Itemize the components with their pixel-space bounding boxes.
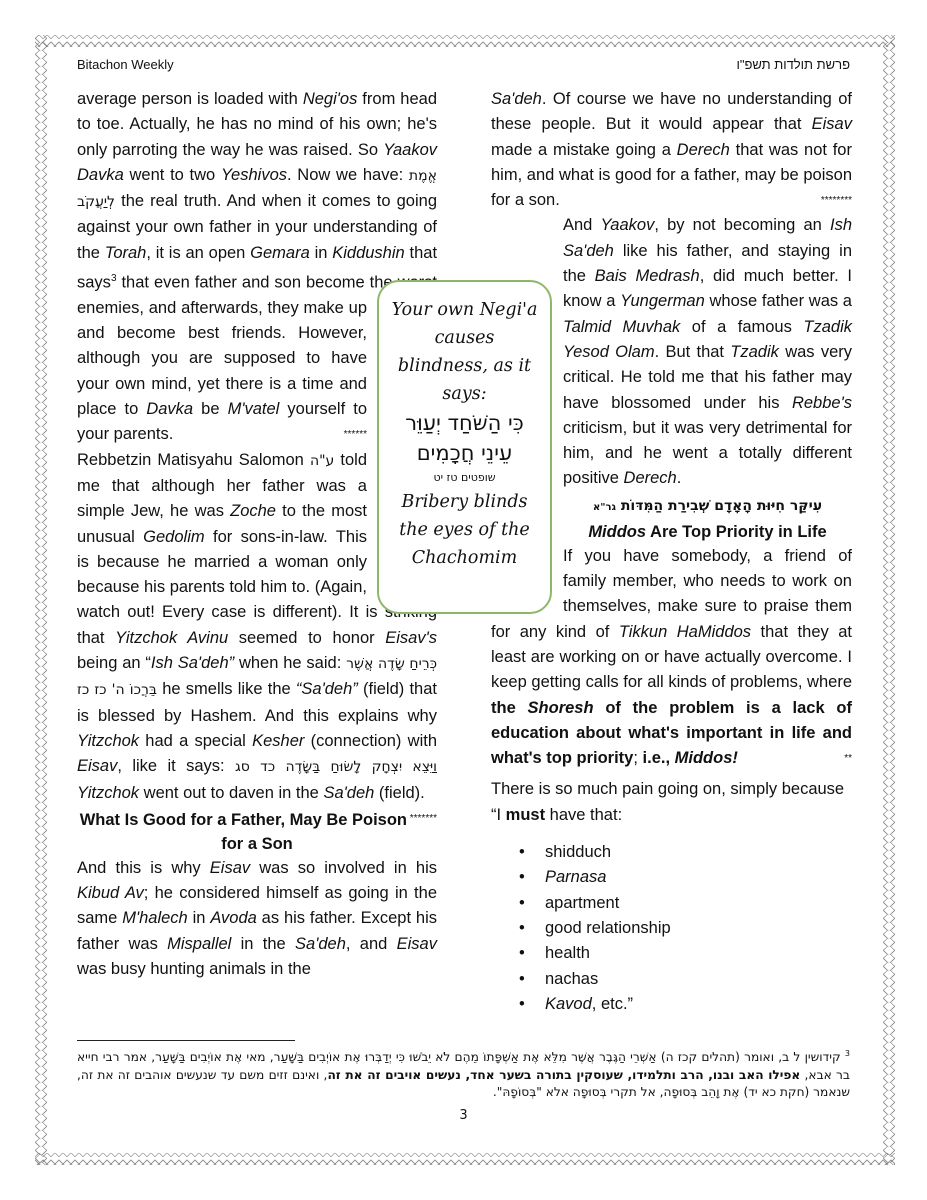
needs-list: shidduch Parnasa apartment good relation…	[491, 840, 852, 1017]
list-item: Parnasa	[491, 865, 852, 890]
border-left	[35, 35, 47, 1165]
paragraph: There is so much pain going on, simply b…	[491, 777, 852, 828]
footnote-separator	[77, 1040, 295, 1041]
paragraph: And this is why Eisav was so involved in…	[77, 856, 437, 982]
wrap-spacer	[491, 289, 563, 605]
list-item: apartment	[491, 891, 852, 916]
section-separator: **	[844, 746, 852, 771]
right-column: Sa'deh. Of course we have no understandi…	[491, 87, 852, 1017]
parsha-title: פרשת תולדות תשפ"ו	[736, 57, 850, 72]
section-heading: What Is Good for a Father, May Be Poison…	[77, 808, 437, 856]
list-item: Kavod, etc.”	[491, 992, 852, 1017]
paragraph: Sa'deh. Of course we have no understandi…	[491, 87, 852, 213]
footnote-number: 3	[845, 1049, 850, 1058]
paragraph: And Yaakov, by not becoming an Ish Sa'de…	[491, 213, 852, 491]
border-bottom	[35, 1153, 895, 1165]
section-separator: *******	[410, 806, 437, 831]
hebrew-quote: וַיֵּצֵא יִצְחָק לָשׂוּחַ בַּשָּׂדֶה כד …	[235, 759, 437, 775]
list-item: good relationship	[491, 916, 852, 941]
page-number: 3	[0, 1108, 927, 1123]
publication-title: Bitachon Weekly	[77, 57, 174, 72]
footnote: 3 קידושין ל ב, ואומר (תהלים קכז ה) אַשְׁ…	[77, 1045, 850, 1102]
border-right	[883, 35, 895, 1165]
page-header: Bitachon Weekly פרשת תולדות תשפ"ו	[77, 57, 850, 75]
list-item: health	[491, 941, 852, 966]
border-top	[35, 35, 895, 47]
list-item: shidduch	[491, 840, 852, 865]
section-separator: ********	[821, 188, 852, 213]
list-item: nachas	[491, 967, 852, 992]
section-separator: ******	[344, 422, 367, 447]
